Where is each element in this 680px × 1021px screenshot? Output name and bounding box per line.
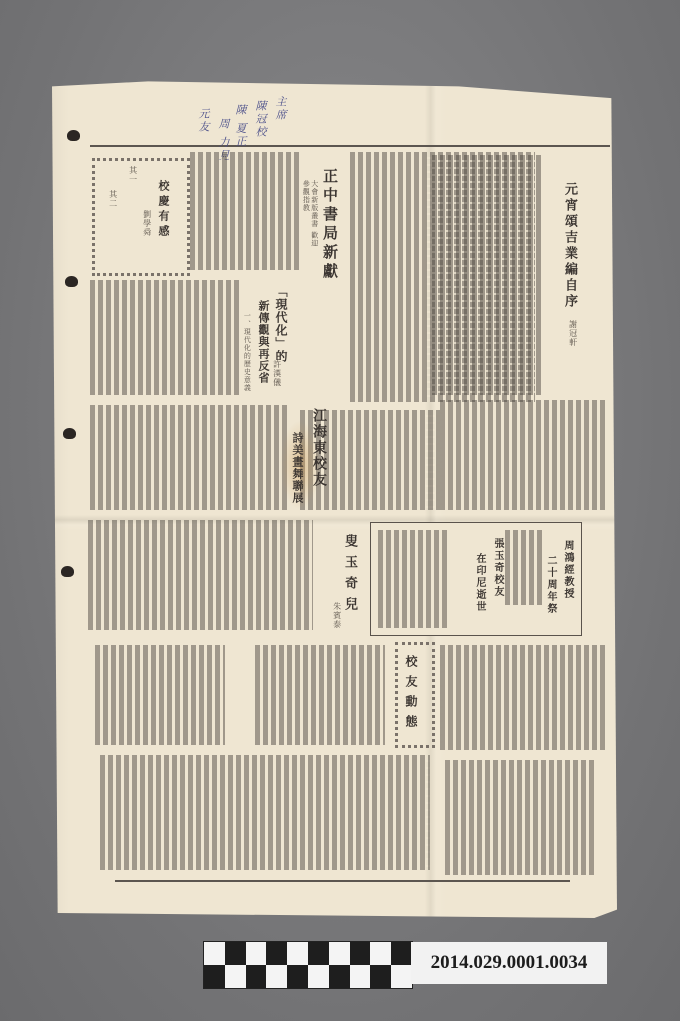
scale-square — [308, 942, 329, 965]
scale-square — [246, 942, 267, 965]
handwriting-line: 陳冠校 — [254, 100, 267, 139]
scale-square — [225, 965, 246, 988]
handwriting-line: 陳 夏正 — [234, 104, 247, 149]
catalog-number-label: 2014.029.0001.0034 — [411, 942, 607, 984]
essay-byline: 謝冠軒 — [568, 320, 578, 347]
article-text — [505, 530, 545, 605]
article-text — [88, 520, 313, 630]
scale-square — [391, 942, 412, 965]
scale-square — [391, 965, 412, 988]
punch-hole — [61, 566, 74, 577]
story-byline: 朱賓泰 — [332, 602, 342, 629]
handwriting-line: 主席 — [274, 96, 287, 122]
article-text — [190, 152, 300, 270]
article-text — [100, 755, 430, 870]
bookstore-subtitle: 大會新版叢書 歡迎參觀指教 — [302, 180, 319, 250]
article-text — [95, 645, 225, 745]
handwriting-line: 元友 — [197, 108, 210, 134]
article-text — [378, 530, 448, 628]
article-text — [90, 405, 290, 510]
article-text — [432, 155, 542, 395]
article-text — [445, 760, 595, 875]
scale-square — [350, 965, 371, 988]
scale-square — [370, 965, 391, 988]
obituary-title-1: 張玉奇校友 — [492, 538, 502, 598]
poem-byline: 劉學舜 — [142, 210, 152, 237]
story-headline: 叟玉奇兒 — [343, 534, 356, 618]
poem-title: 校慶有感 — [158, 180, 169, 240]
punch-hole — [67, 130, 80, 141]
scale-square — [266, 965, 287, 988]
alumni-subtitle: 詩美畫舞聯展 — [292, 432, 303, 504]
scale-square — [287, 942, 308, 965]
color-scale-bar — [203, 941, 413, 989]
top-rule — [90, 145, 610, 147]
punch-hole — [65, 276, 78, 287]
handwritten-note-5: 主席 — [272, 96, 288, 136]
scale-square — [225, 942, 246, 965]
essay-headline: 元宵頌吉業編自序 — [563, 182, 576, 310]
scale-square — [350, 942, 371, 965]
article-text — [440, 645, 605, 750]
scale-square — [329, 965, 350, 988]
modernization-title: 「現代化」的 — [275, 285, 287, 363]
article-text — [440, 400, 605, 510]
bookstore-headline: 正中書局新獻 — [322, 168, 337, 282]
handwritten-note-4: 陳冠校 — [252, 100, 268, 160]
poem-box — [92, 158, 190, 276]
scale-square — [204, 965, 225, 988]
scale-square — [266, 942, 287, 965]
poem-label-2: 其二 — [108, 190, 118, 208]
memorial-title-1: 周鴻經教授 — [562, 540, 572, 600]
article-text — [255, 645, 385, 745]
bottom-rule — [115, 880, 570, 882]
poem-label-1: 其一 — [128, 166, 138, 184]
news-headline: 校友動態 — [405, 655, 417, 735]
modernization-section: 一、現代化的歷史意義 — [243, 312, 251, 392]
scale-square — [329, 942, 350, 965]
modernization-byline: 許漢儀 — [272, 360, 282, 387]
article-text — [90, 280, 240, 395]
scale-square — [246, 965, 267, 988]
scale-square — [370, 942, 391, 965]
obituary-title-2: 在印尼逝世 — [474, 553, 484, 613]
scale-square — [204, 942, 225, 965]
punch-hole — [63, 428, 76, 439]
scale-square — [308, 965, 329, 988]
modernization-subtitle: 新傳觀與再反省 — [258, 300, 269, 384]
alumni-headline: 江海東校友 — [312, 408, 326, 488]
memorial-title-2: 二十周年祭 — [545, 555, 555, 615]
scale-square — [287, 965, 308, 988]
